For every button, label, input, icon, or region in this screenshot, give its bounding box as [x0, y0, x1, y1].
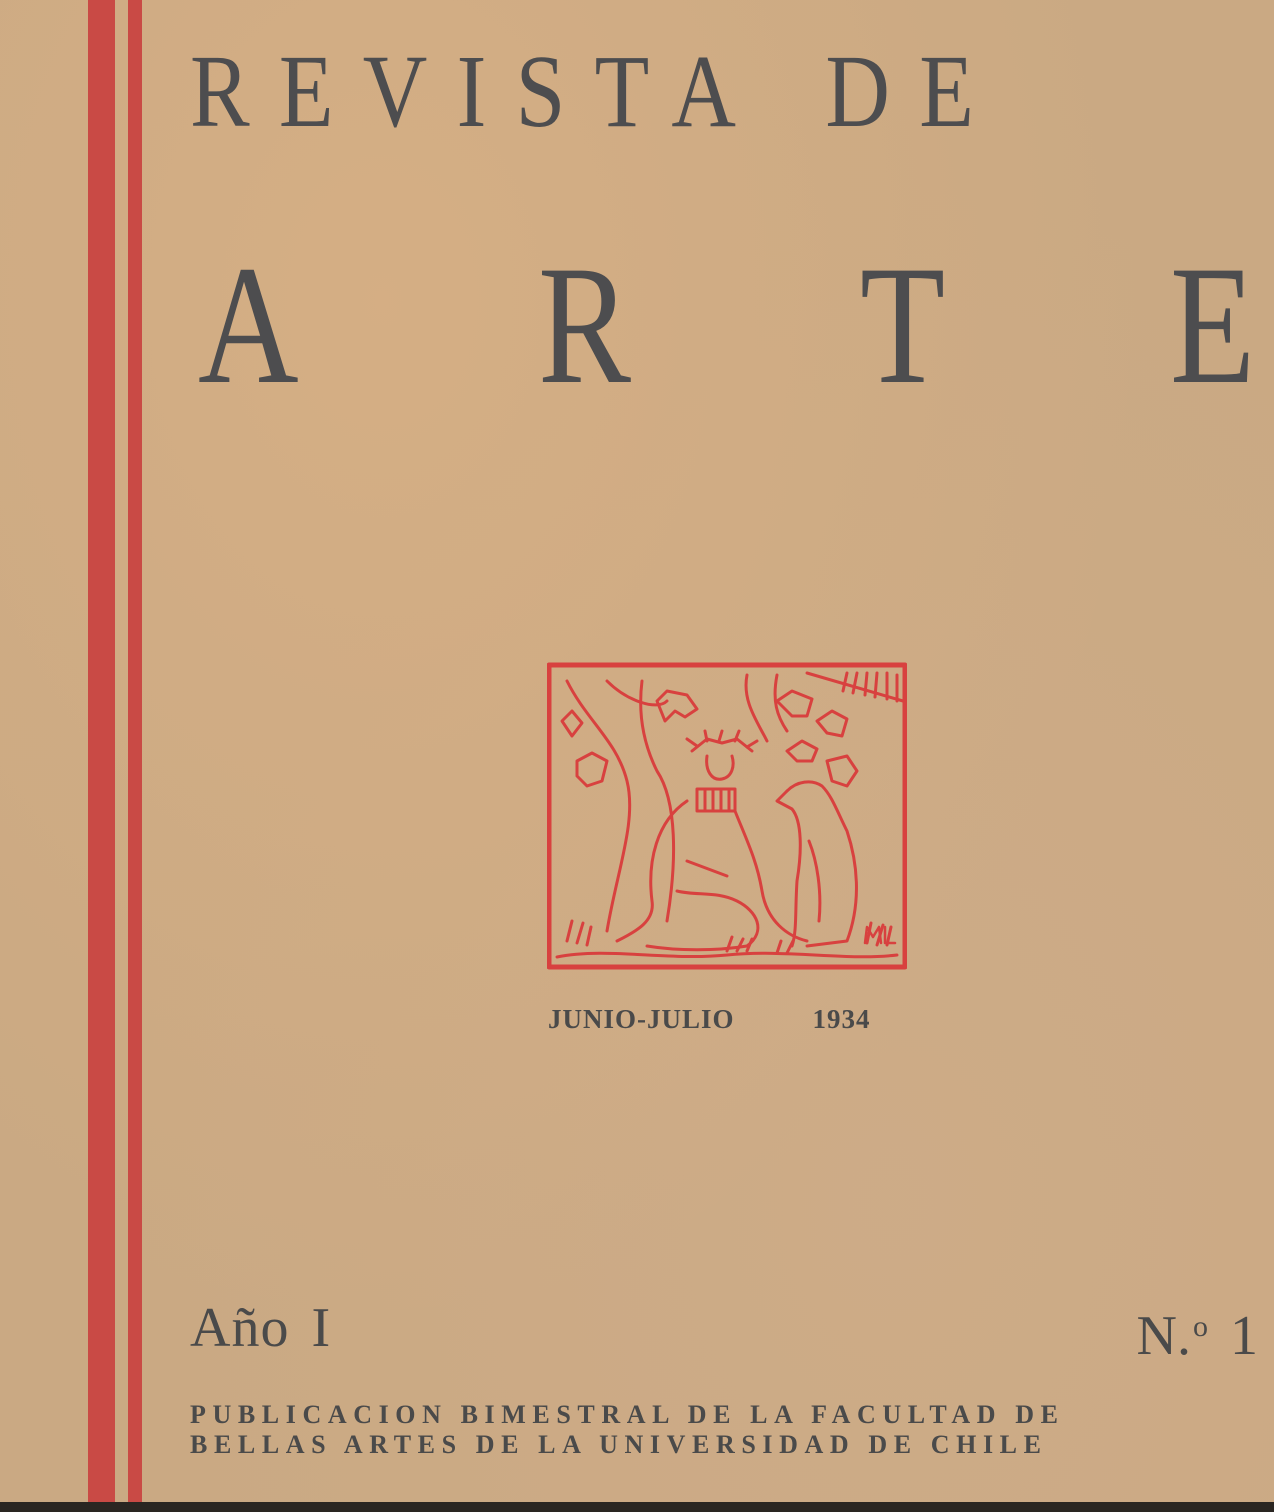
woodcut-icon [547, 661, 907, 971]
issue-year: 1934 [813, 1004, 871, 1034]
publisher-line-1: PUBLICACION BIMESTRAL DE LA FACULTAD DE [190, 1400, 1260, 1430]
volume-word: Año [190, 1297, 289, 1359]
red-stripe-wide [88, 0, 115, 1502]
publisher-line-2: BELLAS ARTES DE LA UNIVERSIDAD DE CHILE [190, 1430, 1260, 1460]
issue-date: JUNIO-JULIO1934 [548, 1004, 871, 1035]
title-line-arte: A R T E [0, 240, 1274, 390]
number-ordinal: o [1193, 1310, 1208, 1343]
issue-number: N.o1 [1137, 1304, 1258, 1368]
volume-number: I [311, 1297, 331, 1359]
title-line-revista-de: REVISTADE [190, 40, 1136, 144]
number-value: 1 [1230, 1305, 1258, 1367]
volume-label: AñoI [190, 1296, 331, 1360]
number-abbrev: N. [1137, 1305, 1191, 1367]
scan-bottom-edge [0, 1502, 1274, 1512]
magazine-cover: REVISTADE A R T E [0, 0, 1274, 1502]
title-letter-r: R [538, 240, 631, 410]
issue-months: JUNIO-JULIO [548, 1004, 735, 1034]
publisher-statement: PUBLICACION BIMESTRAL DE LA FACULTAD DE … [190, 1400, 1260, 1460]
woodcut-illustration [547, 661, 907, 971]
title-letter-t: T [860, 240, 945, 410]
title-letter-e: E [1170, 240, 1255, 410]
red-stripe-narrow [128, 0, 142, 1502]
title-letter-a: A [198, 240, 299, 410]
